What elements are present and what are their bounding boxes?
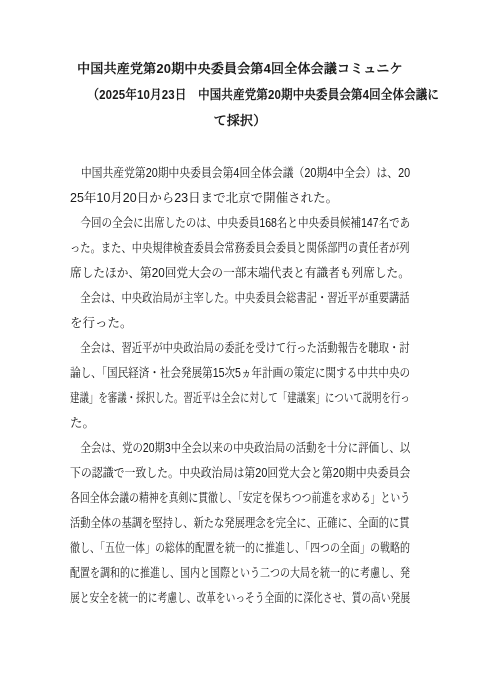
body-text-line: 25年10月20日から23日まで北京で開催された。 bbox=[70, 186, 410, 211]
body-text-line: 全会は、党の20期3中全会以来の中央政治局の活動を十分に評価し、以 bbox=[70, 436, 410, 461]
body-text-line: った。また、中央規律検査委員会常務委員会委員と関係部門の責任者が列 bbox=[70, 236, 410, 261]
title-line: 中国共産党第20期中央委員会第4回全体会議コミュニケ bbox=[64, 56, 416, 82]
body-text-line: 全会は、習近平が中央政治局の委託を受けて行った活動報告を聴取・討 bbox=[70, 336, 410, 361]
body-line-text: 今回の全会に出席したのは、中央委員168名と中央委員候補147名であ bbox=[70, 211, 410, 236]
body-text-line: を行った。 bbox=[70, 311, 410, 336]
body-text-line: 論し、「国民経済・社会発展第15次5ヵ年計画の策定に関する中共中央の bbox=[70, 361, 410, 386]
body-line-text: 徹し、「五位一体」の総体的配置を統一的に推進し、「四つの全面」の戦略的 bbox=[70, 536, 410, 561]
body-line-text: を行った。 bbox=[70, 311, 133, 336]
body-text-line: 下の認識で一致した。中央政治局は第20回党大会と第20期中央委員会 bbox=[70, 461, 410, 486]
body-line-text: 論し、「国民経済・社会発展第15次5ヵ年計画の策定に関する中共中央の bbox=[70, 361, 410, 386]
title-line-text: て採択） bbox=[214, 108, 267, 134]
body-text-line: 徹し、「五位一体」の総体的配置を統一的に推進し、「四つの全面」の戦略的 bbox=[70, 536, 410, 561]
body-line-text: た。 bbox=[70, 411, 95, 436]
body-line-text: 25年10月20日から23日まで北京で開催された。 bbox=[70, 186, 338, 211]
body-text-line: 建議」を審議・採択した。習近平は全会に対して「建議案」について説明を行っ bbox=[70, 386, 410, 411]
body-text-line: 今回の全会に出席したのは、中央委員168名と中央委員候補147名であ bbox=[70, 211, 410, 236]
body-line-text: 全会は、党の20期3中全会以来の中央政治局の活動を十分に評価し、以 bbox=[70, 436, 410, 461]
body-text-line: 展と安全を統一的に考慮し、改革をいっそう全面的に深化させ、質の高い発展 bbox=[70, 586, 410, 611]
body-text-line: 活動全体の基調を堅持し、新たな発展理念を完全に、正確に、全面的に貫 bbox=[70, 511, 410, 536]
body-text-line: 中国共産党第20期中央委員会第4回全体会議（20期4中全会）は、20 bbox=[70, 161, 410, 186]
body-text-line: 全会は、中央政治局が主宰した。中央委員会総書記・習近平が重要講話 bbox=[70, 286, 410, 311]
body-line-text: 各回全体会議の精神を真剣に貫徹し、「安定を保ちつつ前進を求める」という bbox=[70, 486, 410, 511]
body-line-text: 下の認識で一致した。中央政治局は第20回党大会と第20期中央委員会 bbox=[70, 461, 410, 486]
body-text-line: 配置を調和的に推進し、国内と国際という二つの大局を統一的に考慮し、発 bbox=[70, 561, 410, 586]
body-text-line: た。 bbox=[70, 411, 410, 436]
body-line-text: 配置を調和的に推進し、国内と国際という二つの大局を統一的に考慮し、発 bbox=[70, 561, 410, 586]
body-text-line: 各回全体会議の精神を真剣に貫徹し、「安定を保ちつつ前進を求める」という bbox=[70, 486, 410, 511]
body-line-text: 中国共産党第20期中央委員会第4回全体会議（20期4中全会）は、20 bbox=[70, 161, 410, 186]
document-title: 中国共産党第20期中央委員会第4回全体会議コミュニケ （2025年10月23日 … bbox=[64, 56, 416, 134]
title-line-text: （2025年10月23日 中国共産党第20期中央委員会第4回全体会議に bbox=[87, 82, 439, 108]
document-body: 中国共産党第20期中央委員会第4回全体会議（20期4中全会）は、20 25年10… bbox=[70, 161, 410, 611]
body-line-text: 席したほか、第20回党大会の一部末端代表と有識者も列席した。 bbox=[70, 261, 410, 286]
body-line-text: 展と安全を統一的に考慮し、改革をいっそう全面的に深化させ、質の高い発展 bbox=[70, 586, 410, 611]
document-page: 中国共産党第20期中央委員会第4回全体会議コミュニケ （2025年10月23日 … bbox=[0, 0, 480, 679]
body-text-line: 席したほか、第20回党大会の一部末端代表と有識者も列席した。 bbox=[70, 261, 410, 286]
body-line-text: った。また、中央規律検査委員会常務委員会委員と関係部門の責任者が列 bbox=[70, 236, 410, 261]
title-line: て採択） bbox=[64, 108, 416, 134]
body-line-text: 全会は、習近平が中央政治局の委託を受けて行った活動報告を聴取・討 bbox=[70, 336, 410, 361]
title-line-text: 中国共産党第20期中央委員会第4回全体会議コミュニケ bbox=[77, 56, 403, 82]
body-line-text: 全会は、中央政治局が主宰した。中央委員会総書記・習近平が重要講話 bbox=[70, 286, 410, 311]
body-line-text: 活動全体の基調を堅持し、新たな発展理念を完全に、正確に、全面的に貫 bbox=[70, 511, 410, 536]
title-line: （2025年10月23日 中国共産党第20期中央委員会第4回全体会議に bbox=[64, 82, 416, 108]
body-line-text: 建議」を審議・採択した。習近平は全会に対して「建議案」について説明を行っ bbox=[70, 386, 410, 411]
